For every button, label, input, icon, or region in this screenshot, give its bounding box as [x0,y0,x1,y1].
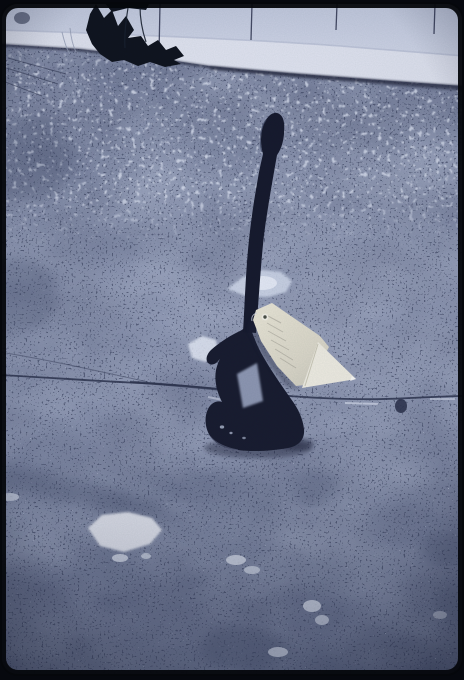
film-grain [0,0,464,680]
photo-content [0,0,464,680]
photo-canvas: Burned pick-head tool standing upright o… [0,0,464,680]
slide-photograph: Burned pick-head tool standing upright o… [0,0,464,680]
